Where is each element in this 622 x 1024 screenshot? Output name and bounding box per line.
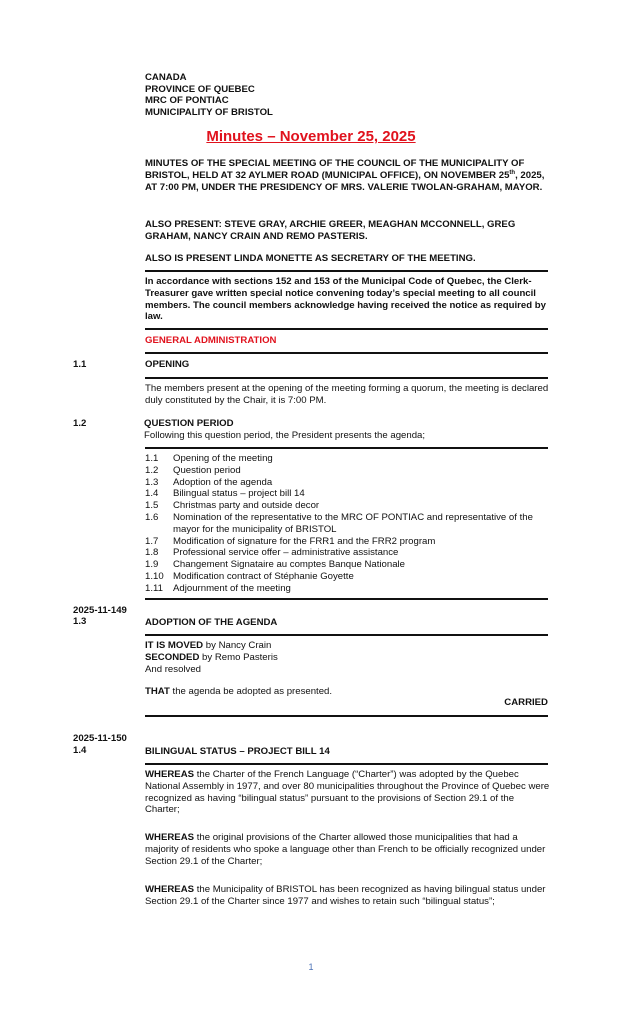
moved-line: IT IS MOVED by Nancy Crain (145, 640, 550, 652)
agenda-item-number: 1.10 (145, 571, 173, 583)
that-clause: THAT the agenda be adopted as presented. (145, 686, 550, 698)
secretary-statement: ALSO IS PRESENT LINDA MONETTE AS SECRETA… (145, 253, 550, 265)
agenda-item-text: Bilingual status – project bill 14 (173, 488, 550, 500)
header-line-municipality: MUNICIPALITY OF BRISTOL (145, 107, 273, 119)
agenda-item-number: 1.8 (145, 547, 173, 559)
agenda-item: 1.1Opening of the meeting (145, 453, 550, 465)
divider (145, 328, 548, 330)
agenda-item: 1.6Nomination of the representative to t… (145, 512, 550, 536)
opening-text: The members present at the opening of th… (145, 383, 550, 407)
agenda-item-number: 1.9 (145, 559, 173, 571)
divider (145, 352, 548, 354)
agenda-item: 1.9Changement Signataire au comptes Banq… (145, 559, 550, 571)
whereas-clause-1: WHEREAS the Charter of the French Langua… (145, 769, 550, 816)
agenda-item: 1.11Adjournment of the meeting (145, 583, 550, 595)
carried-status: CARRIED (504, 697, 548, 708)
divider (145, 634, 548, 636)
question-period-text: Following this question period, the Pres… (144, 430, 549, 442)
agenda-item-text: Adjournment of the meeting (173, 583, 550, 595)
agenda-item: 1.5Christmas party and outside decor (145, 500, 550, 512)
header-line-province: PROVINCE OF QUEBEC (145, 84, 273, 96)
also-present: ALSO PRESENT: STEVE GRAY, ARCHIE GREER, … (145, 219, 550, 243)
document-page: CANADA PROVINCE OF QUEBEC MRC OF PONTIAC… (0, 0, 622, 1024)
item-title-bilingual: BILINGUAL STATUS – PROJECT BILL 14 (145, 746, 330, 757)
whereas-clause-2: WHEREAS the original provisions of the C… (145, 832, 550, 867)
item-title-opening: OPENING (145, 359, 189, 370)
agenda-item: 1.2Question period (145, 465, 550, 477)
divider (145, 447, 548, 449)
resolution-number-adoption: 2025-11-149 (73, 605, 127, 617)
header-line-country: CANADA (145, 72, 273, 84)
item-title-question-period: QUESTION PERIOD (144, 418, 234, 429)
agenda-item-text: Opening of the meeting (173, 453, 550, 465)
agenda-item-number: 1.4 (145, 488, 173, 500)
item-title-adoption: ADOPTION OF THE AGENDA (145, 617, 277, 628)
resolved-line: And resolved (145, 664, 550, 676)
agenda-item-text: Professional service offer – administrat… (173, 547, 550, 559)
document-title: Minutes – November 25, 2025 (0, 128, 622, 145)
agenda-item-text: Modification of signature for the FRR1 a… (173, 536, 550, 548)
agenda-item-text: Question period (173, 465, 550, 477)
divider (145, 763, 548, 765)
agenda-item-text: Nomination of the representative to the … (173, 512, 550, 536)
item-number-opening: 1.1 (73, 359, 86, 371)
agenda-item: 1.8Professional service offer – administ… (145, 547, 550, 559)
item-number-question-period: 1.2 (73, 418, 86, 430)
jurisdiction-header: CANADA PROVINCE OF QUEBEC MRC OF PONTIAC… (145, 72, 273, 118)
agenda-item-number: 1.6 (145, 512, 173, 536)
whereas-clause-3: WHEREAS the Municipality of BRISTOL has … (145, 884, 550, 908)
agenda-item: 1.3Adoption of the agenda (145, 477, 550, 489)
item-number-adoption: 1.3 (73, 616, 86, 628)
agenda-item-text: Modification contract of Stéphanie Goyet… (173, 571, 550, 583)
agenda-item-number: 1.11 (145, 583, 173, 595)
resolution-number-bilingual: 2025-11-150 (73, 733, 127, 745)
agenda-item-text: Adoption of the agenda (173, 477, 550, 489)
agenda-item: 1.10Modification contract of Stéphanie G… (145, 571, 550, 583)
agenda-item-number: 1.1 (145, 453, 173, 465)
item-number-bilingual: 1.4 (73, 745, 86, 757)
divider (145, 377, 548, 379)
special-notice: In accordance with sections 152 and 153 … (145, 276, 550, 323)
section-heading-general-administration: GENERAL ADMINISTRATION (145, 335, 550, 347)
seconded-line: SECONDED by Remo Pasteris (145, 652, 550, 664)
page-number: 1 (0, 962, 622, 972)
agenda-item: 1.7Modification of signature for the FRR… (145, 536, 550, 548)
divider (145, 270, 548, 272)
agenda-item-number: 1.2 (145, 465, 173, 477)
divider (145, 598, 548, 600)
divider (145, 715, 548, 717)
header-line-mrc: MRC OF PONTIAC (145, 95, 273, 107)
agenda-item-text: Christmas party and outside decor (173, 500, 550, 512)
agenda-item: 1.4Bilingual status – project bill 14 (145, 488, 550, 500)
agenda-item-text: Changement Signataire au comptes Banque … (173, 559, 550, 571)
agenda-item-number: 1.7 (145, 536, 173, 548)
meeting-statement: MINUTES OF THE SPECIAL MEETING OF THE CO… (145, 158, 550, 193)
agenda-item-number: 1.3 (145, 477, 173, 489)
agenda-list: 1.1Opening of the meeting1.2Question per… (145, 453, 550, 595)
agenda-item-number: 1.5 (145, 500, 173, 512)
motion-block: IT IS MOVED by Nancy Crain SECONDED by R… (145, 640, 550, 675)
